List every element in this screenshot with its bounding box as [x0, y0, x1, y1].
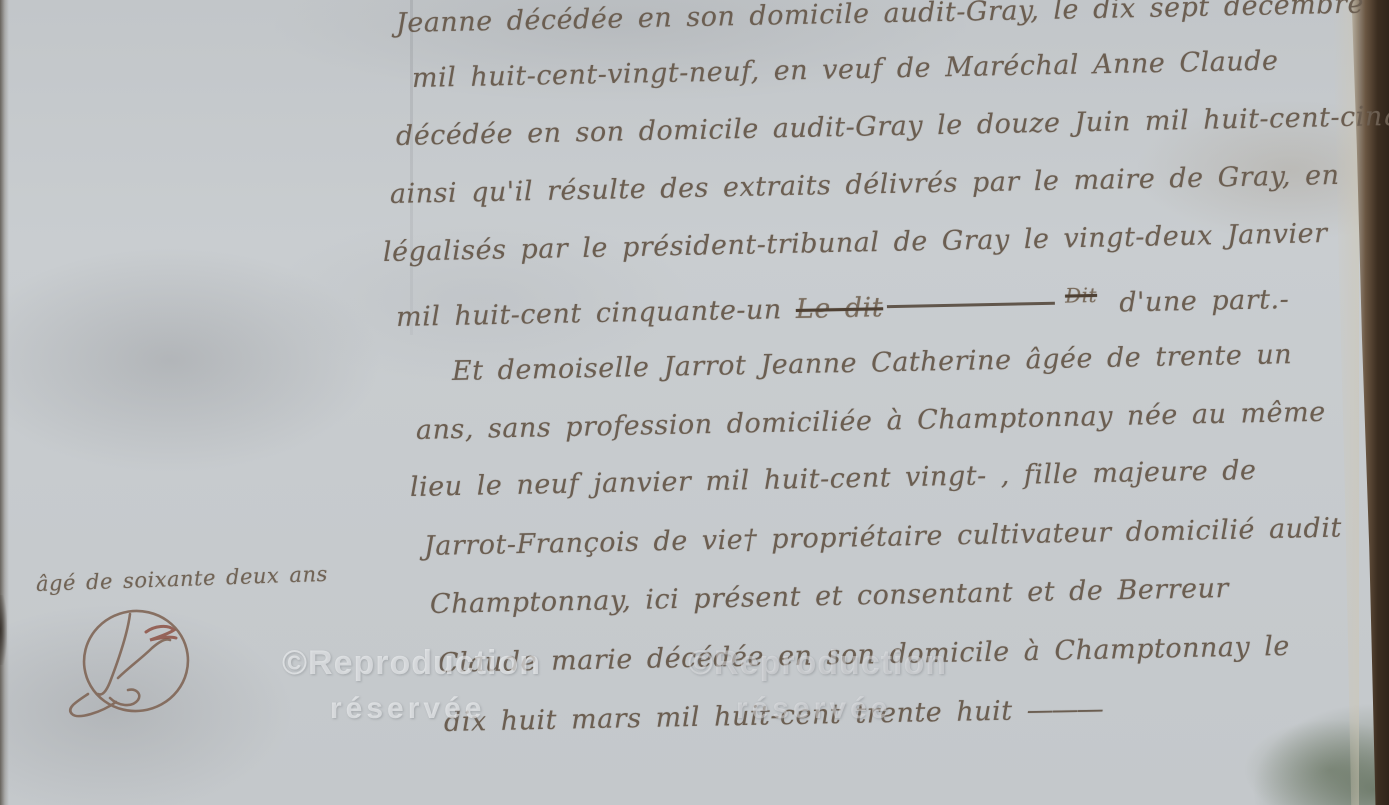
manuscript-line: Claude marie décédée en son domicile à C… — [438, 631, 1290, 679]
manuscript-line: ainsi qu'il résulte des extraits délivré… — [390, 160, 1340, 210]
manuscript-line: lieu le neuf janvier mil huit-cent vingt… — [410, 455, 1257, 503]
manuscript-line: Jarrot-François de vie† propriétaire cul… — [424, 513, 1342, 562]
manuscript-line-corrected: mil huit-cent cinquante-un Le dit Dit d'… — [396, 279, 1290, 333]
manuscript-line: Jeanne décédée en son domicile audit-Gra… — [396, 0, 1365, 39]
manuscript-line: légalisés par le président-tribunal de G… — [383, 218, 1328, 268]
strikethrough-line — [887, 302, 1055, 308]
manuscript-line: Champtonnay, ici présent et consentant e… — [430, 573, 1229, 620]
manuscript-line: ans, sans profession domiciliée à Champt… — [416, 397, 1326, 446]
manuscript-page: Jeanne décédée en son domicile audit-Gra… — [0, 0, 1389, 805]
corrected-line-post: d'une part.- — [1119, 284, 1289, 318]
ink-paraph-stamp — [58, 598, 208, 733]
margin-note: âgé de soixante deux ans — [36, 562, 329, 596]
struck-text: Le dit — [796, 292, 884, 325]
corrected-line-pre: mil huit-cent cinquante-un — [396, 294, 796, 333]
manuscript-line: dix huit mars mil huit-cent trente huit … — [444, 694, 1102, 738]
margin-crease-line — [410, 0, 413, 335]
flourish-dash: ——— — [1026, 694, 1102, 726]
last-line-text: dix huit mars mil huit-cent trente huit — [444, 696, 1013, 738]
page-left-edge — [0, 0, 9, 805]
manuscript-line: décédée en son domicile audit-Gray le do… — [396, 99, 1389, 152]
page-left-edge-shadow — [0, 595, 7, 665]
manuscript-line: mil huit-cent-vingt-neuf, en veuf de Mar… — [412, 46, 1279, 94]
struck-text-small: Dit — [1065, 283, 1097, 308]
manuscript-line: Et demoiselle Jarrot Jeanne Catherine âg… — [452, 339, 1293, 387]
